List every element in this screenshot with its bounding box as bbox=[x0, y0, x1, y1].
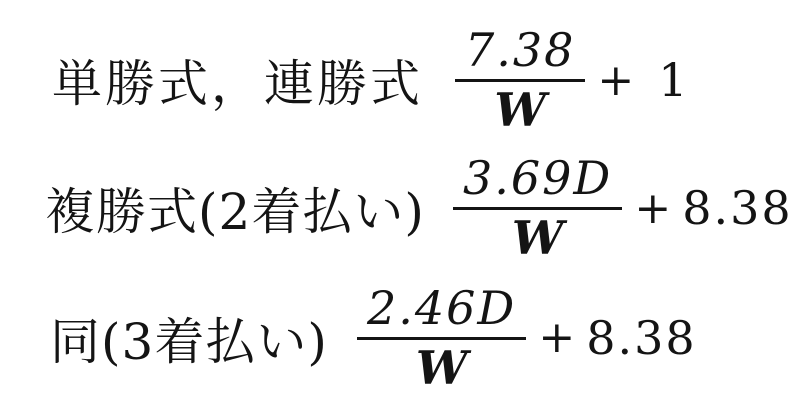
constant-value: 8.38 bbox=[682, 181, 792, 235]
fraction-denominator: W bbox=[416, 340, 468, 391]
formula-row-place-3rd: 同(3着払い) 2.46D W + 8.38 bbox=[50, 285, 697, 390]
fraction: 7.38 W bbox=[455, 27, 585, 133]
constant-term: + 1 bbox=[597, 53, 689, 107]
constant-value: 8.38 bbox=[586, 311, 696, 365]
numerator-coefficient: 3.69 bbox=[463, 151, 573, 205]
numerator-variable: D bbox=[573, 151, 612, 205]
numerator-coefficient: 2.46 bbox=[367, 281, 477, 335]
fraction-numerator: 7.38 bbox=[455, 27, 585, 79]
constant-term: + 8.38 bbox=[538, 311, 696, 365]
constant-value: 1 bbox=[658, 53, 689, 107]
formula-row-place-2nd: 複勝式(2着払い) 3.69D W + 8.38 bbox=[45, 155, 793, 261]
constant-term: + 8.38 bbox=[634, 181, 792, 235]
fraction: 3.69D W bbox=[453, 155, 622, 261]
formula-row-win-quinella: 単勝式，連勝式 7.38 W + 1 bbox=[52, 25, 690, 135]
plus-operator: + bbox=[538, 312, 577, 363]
fraction-denominator: W bbox=[494, 82, 546, 133]
numerator-coefficient: 7.38 bbox=[465, 23, 575, 77]
numerator-variable: D bbox=[477, 281, 516, 335]
fraction-numerator: 3.69D bbox=[453, 155, 622, 207]
formula-label: 複勝式(2着払い) bbox=[45, 172, 453, 244]
fraction-numerator: 2.46D bbox=[357, 285, 526, 337]
fraction-denominator: W bbox=[512, 210, 564, 261]
formula-label: 単勝式，連勝式 bbox=[52, 44, 455, 116]
formula-label: 同(3着払い) bbox=[50, 302, 357, 374]
scanned-document-page: 単勝式，連勝式 7.38 W + 1 複勝式(2着払い) 3.69D W + 8… bbox=[0, 0, 800, 405]
plus-operator: + bbox=[634, 183, 673, 234]
plus-operator: + bbox=[597, 55, 636, 106]
fraction: 2.46D W bbox=[357, 285, 526, 391]
